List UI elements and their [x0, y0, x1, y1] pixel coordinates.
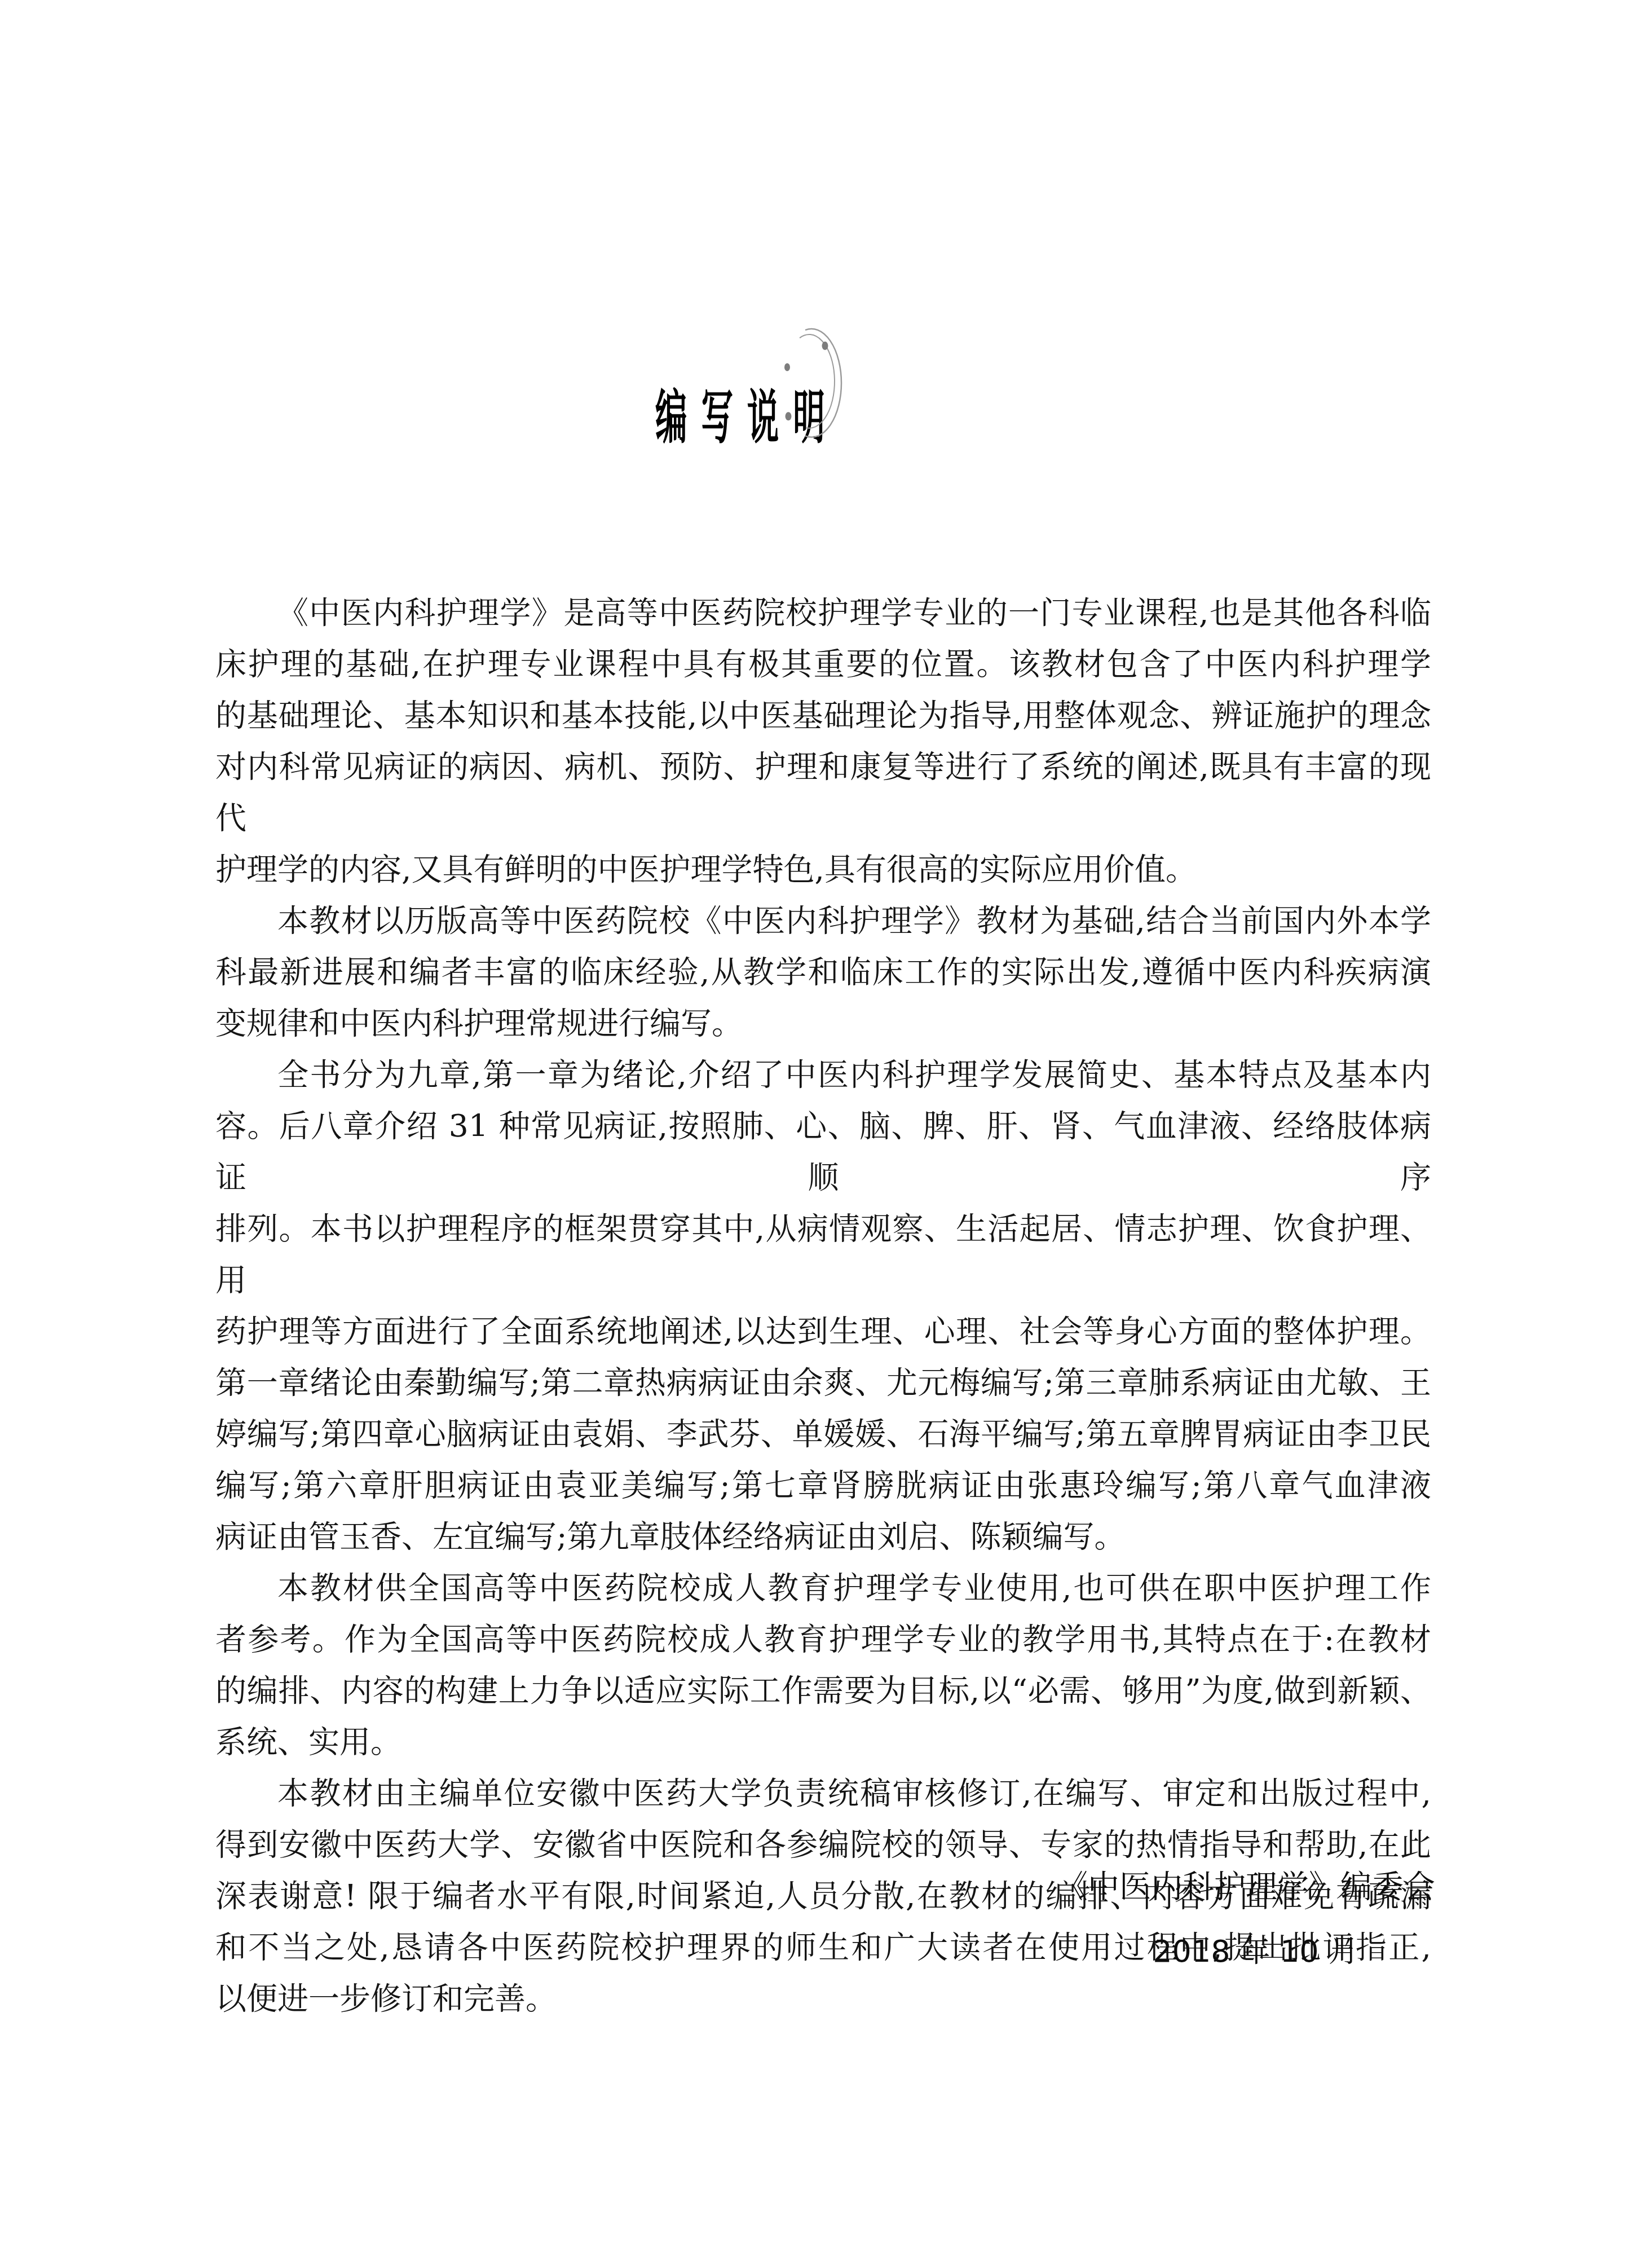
text-line: 得到安徽中医药大学、安徽省中医院和各参编院校的领导、专家的热情指导和帮助,在此: [215, 1819, 1431, 1870]
orbit-inner-arc: [800, 334, 835, 428]
text-line: 编写;第六章肝胆病证由袁亚美编写;第七章肾膀胱病证由张惠玲编写;第八章气血津液: [215, 1460, 1431, 1511]
orbit-dot-bottom: [786, 412, 792, 421]
text-line: 容。后八章介绍 31 种常见病证,按照肺、心、脑、脾、肝、肾、气血津液、经络肢体…: [215, 1100, 1431, 1203]
text-line: 护理学的内容,又具有鲜明的中医护理学特色,具有很高的实际应用价值。: [215, 844, 1431, 895]
signature-date: 2018 年 10 月: [1064, 1934, 1448, 1970]
text-line: 对内科常见病证的病因、病机、预防、护理和康复等进行了系统的阐述,既具有丰富的现代: [215, 741, 1431, 844]
text-line: 本教材由主编单位安徽中医药大学负责统稿审核修订,在编写、审定和出版过程中,: [215, 1768, 1431, 1819]
orbit-dot-left: [784, 363, 790, 371]
text-line: 者参考。作为全国高等中医药院校成人教育护理学专业的教学用书,其特点在于:在教材: [215, 1614, 1431, 1665]
text-line: 科最新进展和编者丰富的临床经验,从教学和临床工作的实际出发,遵循中医内科疾病演: [215, 946, 1431, 998]
text-line: 婷编写;第四章心脑病证由袁娟、李武芬、单媛媛、石海平编写;第五章脾胃病证由李卫民: [215, 1408, 1431, 1460]
text-line: 药护理等方面进行了全面系统地阐述,以达到生理、心理、社会等身心方面的整体护理。: [215, 1306, 1431, 1357]
text-line: 本教材供全国高等中医药院校成人教育护理学专业使用,也可供在职中医护理工作: [215, 1562, 1431, 1614]
text-line: 第一章绪论由秦勤编写;第二章热病病证由余爽、尤元梅编写;第三章肺系病证由尤敏、王: [215, 1357, 1431, 1408]
body-text: 《中医内科护理学》是高等中医药院校护理学专业的一门专业课程,也是其他各科临床护理…: [215, 587, 1431, 2024]
text-line: 全书分为九章,第一章为绪论,介绍了中医内科护理学发展简史、基本特点及基本内: [215, 1049, 1431, 1100]
text-line: 《中医内科护理学》是高等中医药院校护理学专业的一门专业课程,也是其他各科临: [215, 587, 1431, 638]
document-page: 编写说明 《中医内科护理学》是高等中医药院校护理学专业的一门专业课程,也是其他各…: [0, 0, 1628, 2268]
text-line: 的编排、内容的构建上力争以适应实际工作需要为目标,以“必需、够用”为度,做到新颖…: [215, 1665, 1431, 1716]
text-line: 排列。本书以护理程序的框架贯穿其中,从病情观察、生活起居、情志护理、饮食护理、用: [215, 1203, 1431, 1306]
text-line: 本教材以历版高等中医药院校《中医内科护理学》教材为基础,结合当前国内外本学: [215, 895, 1431, 946]
text-line: 床护理的基础,在护理专业课程中具有极其重要的位置。该教材包含了中医内科护理学: [215, 638, 1431, 690]
text-line: 以便进一步修订和完善。: [215, 1973, 1431, 2024]
text-line: 变规律和中医内科护理常规进行编写。: [215, 998, 1431, 1049]
orbit-rings-decoration: [774, 324, 873, 445]
orbit-dot-top: [822, 342, 828, 350]
text-line: 的基础理论、基本知识和基本技能,以中医基础理论为指导,用整体观念、辨证施护的理念: [215, 690, 1431, 741]
text-line: 病证由管玉香、左宜编写;第九章肢体经络病证由刘启、陈颖编写。: [215, 1511, 1431, 1562]
signature-committee: 《中医内科护理学》编委会: [215, 1868, 1435, 1906]
text-line: 系统、实用。: [215, 1716, 1431, 1768]
